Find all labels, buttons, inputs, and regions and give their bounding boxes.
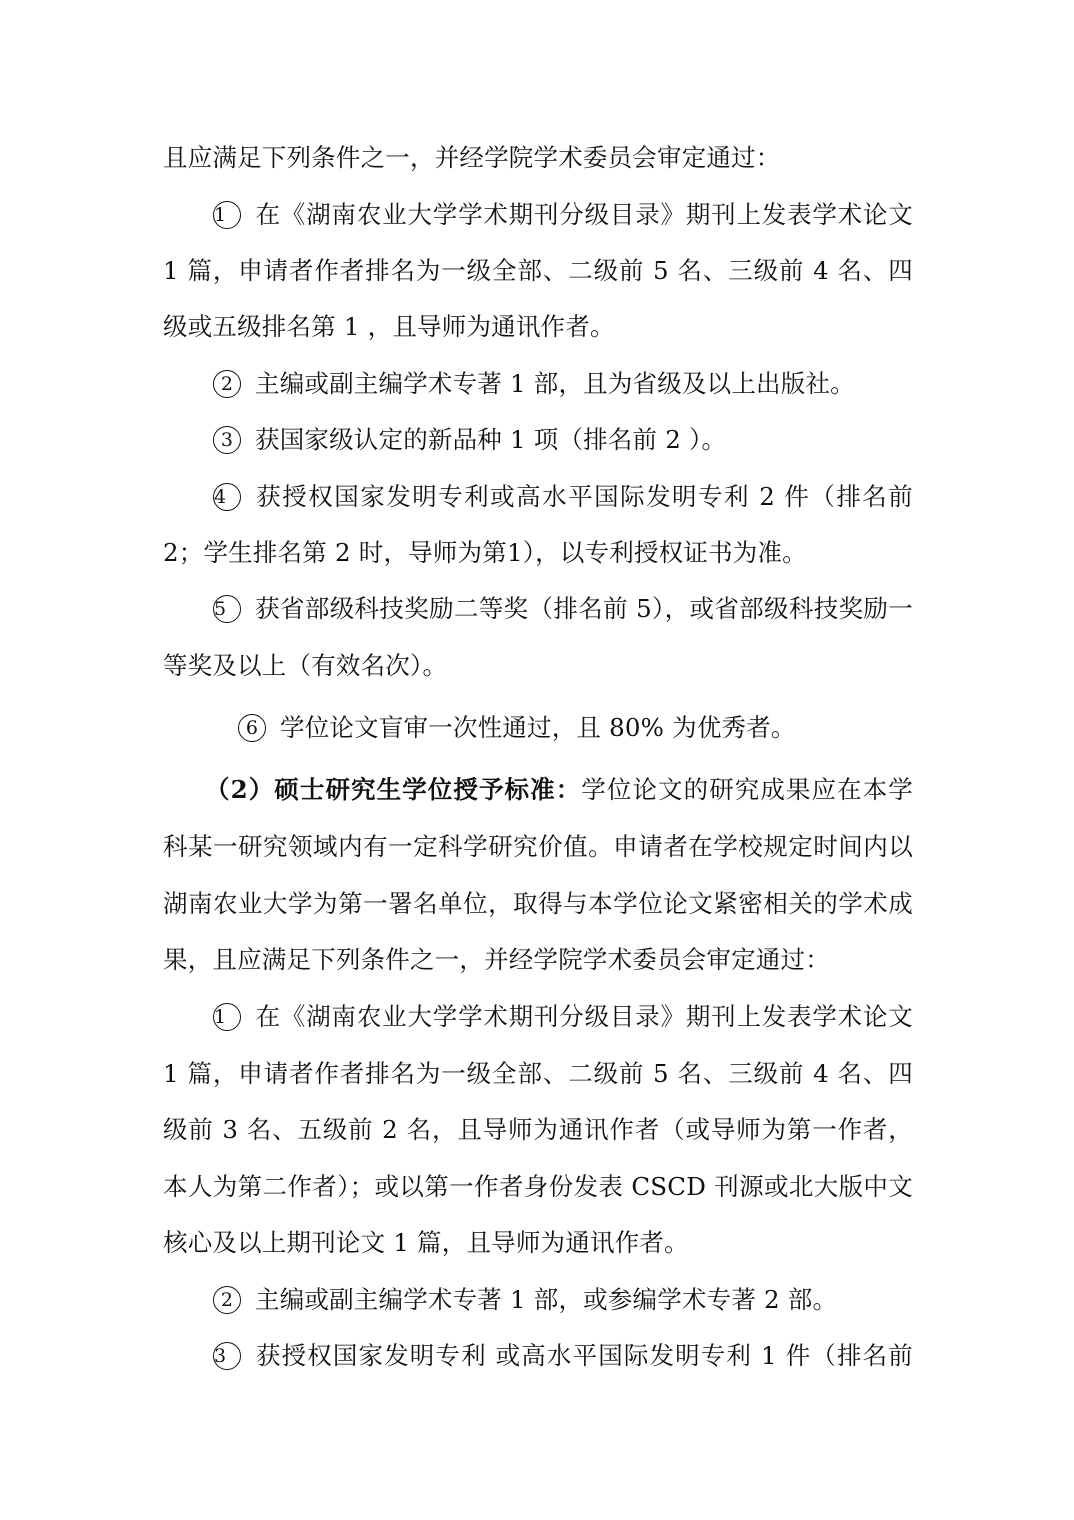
line-text: 在《湖南农业大学学术期刊分级目录》期刊上发表学术论文 (255, 1002, 913, 1031)
circled-number: 1 (213, 201, 241, 229)
line-text: 1 篇，申请者作者排名为一级全部、二级前 5 名、三级前 4 名、四 (163, 1059, 913, 1088)
circled-number: 6 (238, 714, 266, 742)
line-text: 在《湖南农业大学学术期刊分级目录》期刊上发表学术论文 (255, 200, 913, 229)
circled-number: 3 (213, 1342, 241, 1370)
line-text: 核心及以上期刊论文 1 篇，且导师为通讯作者。 (163, 1228, 689, 1257)
text-line: 1 篇，申请者作者排名为一级全部、二级前 5 名、三级前 4 名、四 (163, 1057, 913, 1091)
line-text: 获授权国家发明专利 或高水平国际发明专利 1 件（排名前 (255, 1341, 913, 1370)
list-item: 1在《湖南农业大学学术期刊分级目录》期刊上发表学术论文 (213, 1000, 913, 1034)
line-text: 主编或副主编学术专著 1 部，且为省级及以上出版社。 (255, 369, 855, 398)
list-item: 5获省部级科技奖励二等奖（排名前 5），或省部级科技奖励一 (213, 592, 913, 626)
circled-number: 2 (213, 370, 241, 398)
list-item: 4获授权国家发明专利或高水平国际发明专利 2 件（排名前 (213, 480, 913, 514)
line-text: 获国家级认定的新品种 1 项（排名前 2 ）。 (255, 425, 726, 454)
text-line: 本人为第二作者）；或以第一作者身份发表 CSCD 刊源或北大版中文 (163, 1170, 913, 1204)
text-line: 湖南农业大学为第一署名单位，取得与本学位论文紧密相关的学术成 (163, 887, 913, 921)
text-line: 等奖及以上（有效名次）。 (163, 649, 913, 683)
text-line: 且应满足下列条件之一，并经学院学术委员会审定通过： (163, 141, 913, 175)
line-text: 主编或副主编学术专著 1 部，或参编学术专著 2 部。 (255, 1285, 837, 1314)
list-item: 1在《湖南农业大学学术期刊分级目录》期刊上发表学术论文 (213, 198, 913, 232)
line-text: 本人为第二作者）；或以第一作者身份发表 CSCD 刊源或北大版中文 (163, 1172, 913, 1201)
document-page: 且应满足下列条件之一，并经学院学术委员会审定通过： 1在《湖南农业大学学术期刊分… (0, 0, 1074, 1520)
line-text: 1 篇，申请者作者排名为一级全部、二级前 5 名、三级前 4 名、四 (163, 256, 913, 285)
circled-number: 4 (213, 483, 241, 511)
text-line: 级或五级排名第 1 ，且导师为通讯作者。 (163, 310, 913, 344)
line-text: 等奖及以上（有效名次）。 (163, 651, 447, 680)
circled-number: 3 (213, 426, 241, 454)
line-text: 获授权国家发明专利或高水平国际发明专利 2 件（排名前 (255, 482, 913, 511)
line-text: 果，且应满足下列条件之一，并经学院学术委员会审定通过： (163, 945, 830, 974)
line-text: 科某一研究领域内有一定科学研究价值。申请者在学校规定时间内以 (163, 832, 913, 861)
text-line: 2；学生排名第 2 时，导师为第1），以专利授权证书为准。 (163, 536, 913, 570)
line-text: 级前 3 名、五级前 2 名，且导师为通讯作者（或导师为第一作者， (163, 1115, 913, 1144)
line-text: 且应满足下列条件之一，并经学院学术委员会审定通过： (163, 143, 781, 172)
circled-number: 2 (213, 1286, 241, 1314)
line-text: 2；学生排名第 2 时，导师为第1），以专利授权证书为准。 (163, 538, 807, 567)
text-line: 果，且应满足下列条件之一，并经学院学术委员会审定通过： (163, 943, 913, 977)
line-text: 获省部级科技奖励二等奖（排名前 5），或省部级科技奖励一 (255, 594, 913, 623)
section-heading-line: （2）硕士研究生学位授予标准：学位论文的研究成果应在本学 (205, 773, 913, 807)
text-line: 1 篇，申请者作者排名为一级全部、二级前 5 名、三级前 4 名、四 (163, 254, 913, 288)
line-text: 学位论文盲审一次性通过，且 80% 为优秀者。 (280, 713, 796, 742)
section-heading: （2）硕士研究生学位授予标准： (205, 775, 581, 804)
list-item: 3获国家级认定的新品种 1 项（排名前 2 ）。 (213, 423, 913, 457)
line-text: 湖南农业大学为第一署名单位，取得与本学位论文紧密相关的学术成 (163, 889, 913, 918)
list-item: 6学位论文盲审一次性通过，且 80% 为优秀者。 (238, 711, 913, 745)
line-text: 学位论文的研究成果应在本学 (581, 775, 913, 804)
list-item: 2主编或副主编学术专著 1 部，且为省级及以上出版社。 (213, 367, 913, 401)
circled-number: 1 (213, 1003, 241, 1031)
text-line: 级前 3 名、五级前 2 名，且导师为通讯作者（或导师为第一作者， (163, 1113, 913, 1147)
text-line: 核心及以上期刊论文 1 篇，且导师为通讯作者。 (163, 1226, 913, 1260)
text-line: 科某一研究领域内有一定科学研究价值。申请者在学校规定时间内以 (163, 830, 913, 864)
list-item: 2主编或副主编学术专著 1 部，或参编学术专著 2 部。 (213, 1283, 913, 1317)
list-item: 3获授权国家发明专利 或高水平国际发明专利 1 件（排名前 (213, 1339, 913, 1373)
circled-number: 5 (213, 595, 241, 623)
line-text: 级或五级排名第 1 ，且导师为通讯作者。 (163, 312, 615, 341)
